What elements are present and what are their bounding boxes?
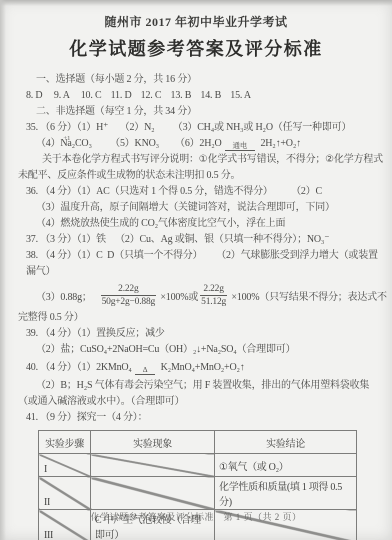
q38-calculation-line: （3）0.88g； 2.22g50g+2g−0.88g ×100%或2.22g5… — [36, 280, 387, 310]
q38-item3-label: （3）0.88g； — [36, 288, 99, 303]
q36-answer-line2: （3）温度升高，原子间隔增大（关键词答对，说法合理即可，下同） — [36, 200, 387, 216]
fraction-numerator: 2.22g — [101, 283, 156, 296]
table-header-step: 实验步骤 — [39, 431, 91, 454]
table-header-phenomenon: 实验现象 — [91, 431, 215, 454]
formula-rest: ₂CO₃ — [72, 138, 92, 149]
reaction-condition: 通电 — [225, 141, 256, 150]
table-header-row: 实验步骤 实验现象 实验结论 — [39, 431, 357, 454]
fraction: 2.22g50g+2g−0.88g — [101, 283, 156, 308]
multiple-choice-answers: 8. D 9. A 10. C 11. D 12. C 13. B 14. B … — [26, 88, 387, 104]
reaction-condition-delta: Δ — [135, 365, 156, 374]
valence-charge: +1 — [63, 131, 70, 147]
q40-equation-reactant: 40. （4 分）（1）2KMnO₄ — [26, 362, 132, 373]
calculation-note: ×100%（只写结果不得分；表达式不 — [229, 288, 387, 303]
section2-heading: 二、非选择题（每空 1 分，共 34 分） — [36, 104, 387, 120]
reaction-arrow: 通电 — [225, 141, 256, 151]
q40-equation-products: K₂MnO₄+MnO₂+O₂↑ — [158, 362, 244, 373]
q35-item4-label: （4） — [36, 138, 60, 149]
cell-step-1: I — [39, 454, 91, 477]
table-row: I ①氧气（或 O₂） — [39, 454, 357, 477]
q38-answer-line1: 38. （4 分）（1）C D（只填一个不得分） （2）气球膨胀受到浮力增大（或… — [26, 248, 387, 280]
q36-answer-line3: （4）燃烧放热使生成的 CO₂气体密度比空气小，浮在上面 — [36, 216, 387, 232]
q36-answer-line1: 36. （4 分）（1）AC（只选对 1 个得 0.5 分，错选不得分） （2）… — [26, 184, 387, 200]
experiment-table: 实验步骤 实验现象 实验结论 I ①氧气（或 O₂） II 化学性质和质量(填 … — [38, 430, 357, 540]
fraction-numerator: 2.22g — [200, 283, 227, 296]
document-page: 随州市 2017 年初中毕业升学考试 化学试题参考答案及评分标准 一、选择题（每… — [0, 0, 392, 540]
q35-answer-line2: （4）+1Na₂CO₃ （5）KNO₃ （6）2H₂O通电 2H₂↑+O₂↑ — [36, 136, 387, 152]
calculation-operator: ×100%或 — [158, 288, 198, 303]
q35-answer-line1: 35. （6 分）（1）H⁺ （2）N₂ （3）CH₄或 NH₃或 H₂O（任写… — [26, 120, 387, 136]
q39-answer-line2: （2）盐；CuSO₄+2NaOH=Cu（OH）₂↓+Na₂SO₄（合理即可） — [36, 342, 387, 358]
table-row: II 化学性质和质量(填 1 项得 0.5 分) — [39, 477, 357, 510]
fraction-denominator: 51.12g — [200, 296, 227, 308]
cell-conclusion-2: 化学性质和质量(填 1 项得 0.5 分) — [215, 477, 357, 510]
q38-answer-line-continuation: 完整得 0.5 分） — [18, 310, 387, 326]
q41-heading: 41. （9 分）探究一（4 分）： — [26, 410, 387, 426]
q35-item6-reactant: （6）2H₂O — [175, 138, 222, 149]
page-title: 化学试题参考答案及评分标准 — [0, 35, 392, 61]
valence-notation: +1Na — [60, 136, 71, 152]
step-numeral: I — [44, 464, 47, 475]
fraction-denominator: 50g+2g−0.88g — [101, 296, 156, 308]
reaction-arrow: Δ — [135, 365, 156, 375]
q40-answer-line1: 40. （4 分）（1）2KMnO₄Δ K₂MnO₄+MnO₂+O₂↑ — [26, 358, 387, 378]
page-footer: 化学试题参考答案及评分标准 第 1 页（共 2 页） — [0, 510, 392, 523]
document-header: 随州市 2017 年初中毕业升学考试 化学试题参考答案及评分标准 — [0, 0, 392, 61]
q40-answer-line2: （2）B；H₂S 气体有毒会污染空气；用 F 装置收集，排出的气体用塑料袋收集（… — [18, 378, 387, 410]
step-numeral: III — [44, 530, 53, 540]
exam-title: 随州市 2017 年初中毕业升学考试 — [0, 13, 392, 30]
step-numeral: II — [44, 497, 50, 508]
cell-conclusion-1: ①氧气（或 O₂） — [215, 454, 357, 477]
q35-item5: （5）KNO₃ — [92, 138, 175, 149]
q39-answer-line1: 39. （4 分）（1）置换反应；减少 — [26, 326, 387, 342]
cell-phenomenon-1 — [91, 454, 215, 477]
section1-heading: 一、选择题（每小题 2 分，共 16 分） — [36, 72, 387, 88]
q35-item6-products: 2H₂↑+O₂↑ — [258, 138, 301, 149]
answer-content: 一、选择题（每小题 2 分，共 16 分） 8. D 9. A 10. C 11… — [0, 61, 392, 540]
cell-phenomenon-2 — [91, 477, 215, 510]
table-header-conclusion: 实验结论 — [215, 431, 357, 454]
fraction: 2.22g51.12g — [200, 283, 227, 308]
q37-answer-line: 37. （3 分）（1）铁 （2）Cu、Ag 或铜、银（只填一种不得分）；NO₃… — [26, 232, 387, 248]
grading-note: 关于本卷化学方程式书写评分说明：①化学式书写错误，不得分；②化学方程式未配平、反… — [18, 152, 387, 184]
cell-step-2: II — [39, 477, 91, 510]
